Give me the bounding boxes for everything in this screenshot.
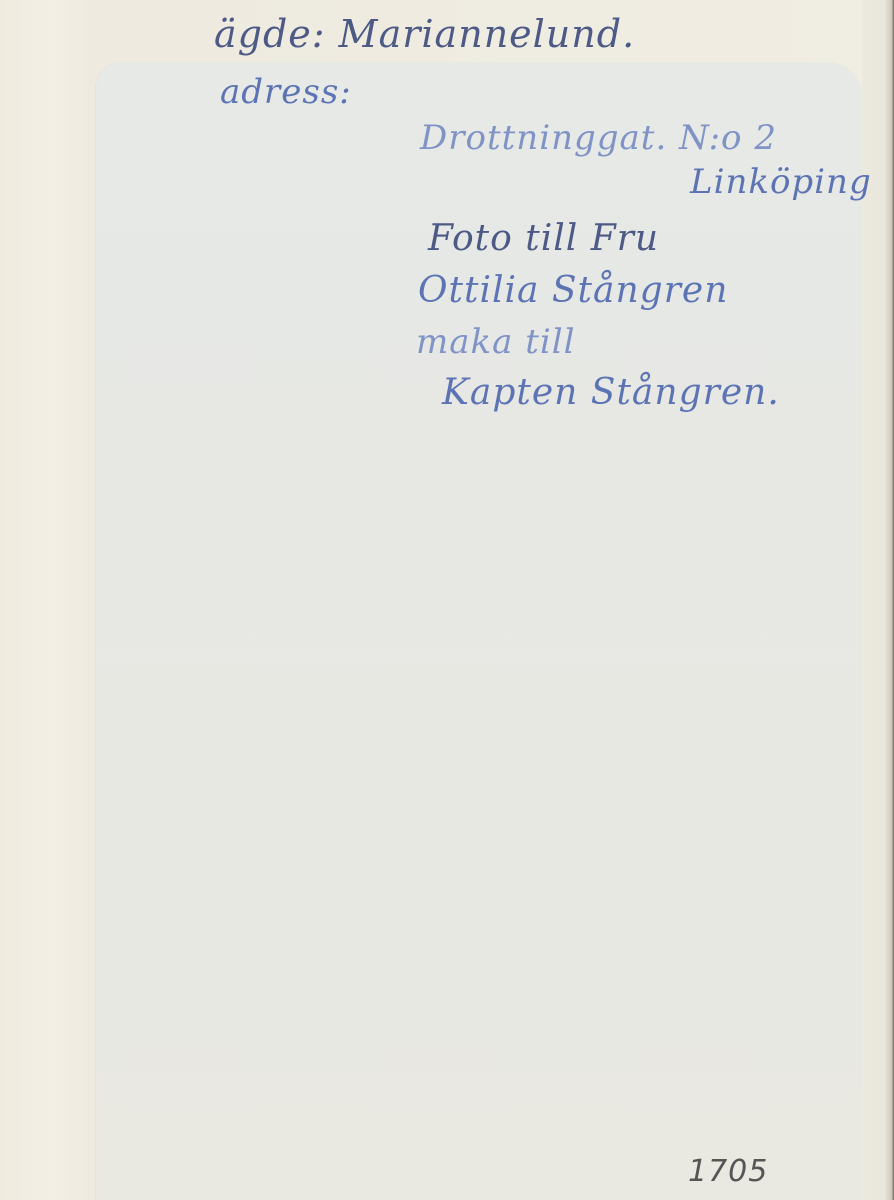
handwritten-for-line: Foto till Fru xyxy=(428,218,659,259)
handwritten-spouse-line: maka till xyxy=(416,322,575,362)
handwritten-husband-line: Kapten Stångren. xyxy=(442,372,780,413)
handwritten-city: Linköping xyxy=(690,162,872,202)
pencil-catalog-number: 1705 xyxy=(688,1154,768,1189)
handwritten-street: Drottninggat. N:o 2 xyxy=(420,118,777,158)
handwritten-address-label: adress: xyxy=(220,72,352,112)
handwritten-owner-line: ägde: Mariannelund. xyxy=(214,12,635,56)
handwritten-name-line: Ottilia Stångren xyxy=(418,270,728,311)
